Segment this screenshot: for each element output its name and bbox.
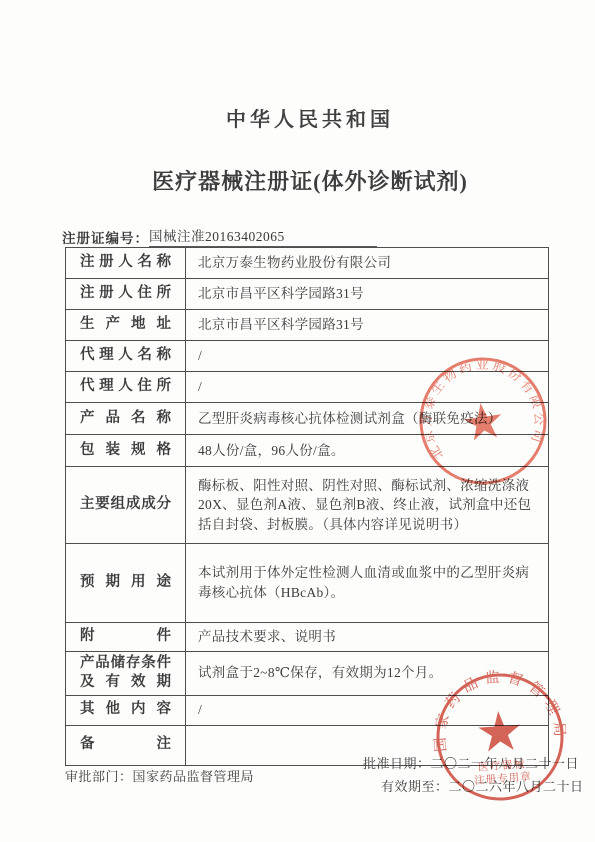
row-label: 代理人名称 — [66, 341, 186, 371]
row-value: 酶标板、阳性对照、阴性对照、酶标试剂、浓缩洗涤液20X、显色剂A液、显色剂B液、… — [186, 467, 548, 543]
certificate-page: 中华人民共和国 医疗器械注册证(体外诊断试剂) 注册证编号： 国械注准20163… — [0, 0, 595, 842]
table-row-agent-address: 代理人住所 / — [66, 372, 548, 403]
table-row-storage-validity: 产品储存条件及有效期 试剂盒于2~8℃保存，有效期为12个月。 — [66, 652, 548, 696]
table-row-registrant-name: 注册人名称 北京万泰生物药业股份有限公司 — [66, 248, 548, 279]
row-label: 备注 — [66, 726, 186, 765]
table-row-production-address: 生产地址 北京市昌平区科学园路31号 — [66, 310, 548, 341]
row-label: 其他内容 — [66, 696, 186, 725]
registration-number-value: 国械注准20163402065 — [149, 225, 377, 247]
approval-date: 批准日期：二〇二一年八月二十一日 — [363, 753, 579, 772]
registration-number-label: 注册证编号： — [62, 227, 149, 247]
page-subtitle: 医疗器械注册证(体外诊断试剂) — [65, 165, 555, 196]
valid-until-date: 有效期至：二〇二六年八月二十日 — [381, 776, 584, 795]
row-value: 北京市昌平区科学园路31号 — [186, 310, 548, 340]
table-row-product-name: 产品名称 乙型肝炎病毒核心抗体检测试剂盒（酶联免疫法） — [66, 403, 548, 435]
page-title: 中华人民共和国 — [65, 103, 555, 132]
row-label: 注册人住所 — [66, 279, 186, 309]
row-value: 产品技术要求、说明书 — [186, 623, 548, 651]
row-value: / — [186, 341, 548, 371]
table-row-registrant-address: 注册人住所 北京市昌平区科学园路31号 — [66, 279, 548, 310]
row-value: 北京万泰生物药业股份有限公司 — [186, 248, 548, 278]
table-row-main-components: 主要组成成分 酶标板、阳性对照、阴性对照、酶标试剂、浓缩洗涤液20X、显色剂A液… — [66, 467, 548, 544]
row-label: 代理人住所 — [66, 372, 186, 402]
table-row-attachments: 附件 产品技术要求、说明书 — [66, 623, 548, 652]
registration-number: 注册证编号： 国械注准20163402065 — [62, 225, 377, 247]
row-label: 生产地址 — [66, 310, 186, 340]
row-value: 试剂盒于2~8℃保存，有效期为12个月。 — [186, 652, 548, 695]
row-label: 产品储存条件及有效期 — [66, 652, 186, 695]
row-label: 注册人名称 — [66, 248, 186, 278]
row-label: 主要组成成分 — [66, 467, 186, 543]
row-value: 乙型肝炎病毒核心抗体检测试剂盒（酶联免疫法） — [186, 403, 548, 434]
row-value: 北京市昌平区科学园路31号 — [186, 279, 548, 309]
row-value: / — [186, 696, 548, 725]
row-value: 本试剂用于体外定性检测人血清或血浆中的乙型肝炎病毒核心抗体（HBcAb）。 — [186, 544, 548, 622]
row-value: / — [186, 372, 548, 402]
table-row-packaging-spec: 包装规格 48人份/盒，96人份/盒。 — [66, 435, 548, 467]
table-row-agent-name: 代理人名称 / — [66, 341, 548, 372]
row-label: 附件 — [66, 623, 186, 651]
row-label: 预期用途 — [66, 544, 186, 622]
row-label: 包装规格 — [66, 435, 186, 466]
row-label: 产品名称 — [66, 403, 186, 434]
row-value: 48人份/盒，96人份/盒。 — [186, 435, 548, 466]
table-row-other-content: 其他内容 / — [66, 696, 548, 726]
certificate-table: 注册人名称 北京万泰生物药业股份有限公司 注册人住所 北京市昌平区科学园路31号… — [65, 247, 549, 766]
approval-department: 审批部门：国家药品监督管理局 — [65, 766, 254, 785]
table-row-intended-use: 预期用途 本试剂用于体外定性检测人血清或血浆中的乙型肝炎病毒核心抗体（HBcAb… — [66, 544, 548, 623]
